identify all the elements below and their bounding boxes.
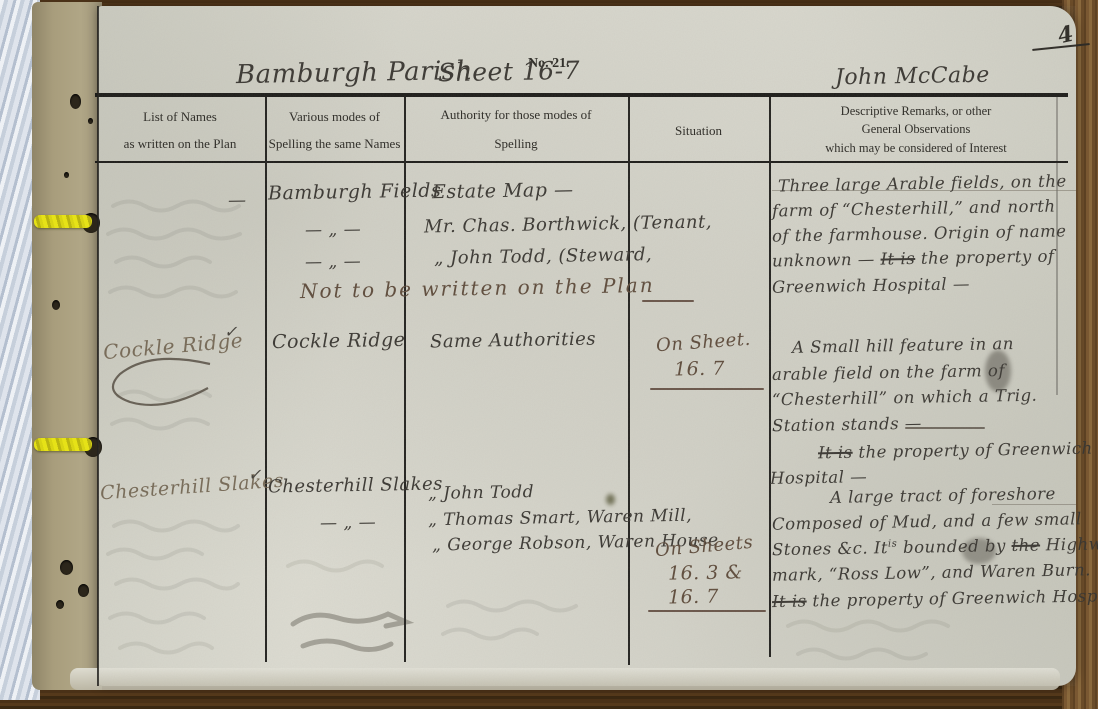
header-names-line1: List of Names	[100, 110, 260, 125]
punch-hole	[64, 172, 69, 178]
row1-remarks-4-struck: It is	[880, 249, 915, 269]
punch-hole	[70, 94, 81, 109]
row3-situation-underline	[648, 610, 766, 612]
punch-hole	[52, 300, 60, 310]
yellow-binding-cord	[34, 438, 92, 451]
row3-remarks-3-superscript: is	[888, 539, 897, 550]
row1-spelling: Bamburgh Fields	[268, 179, 442, 204]
row1-plan-dash: —	[228, 190, 247, 211]
header-situation: Situation	[630, 124, 767, 139]
row2-authority: Same Authorities	[430, 329, 596, 353]
yellow-binding-cord	[34, 215, 92, 228]
column-rule-3	[628, 97, 630, 665]
row3-remarks-3-struck: the	[1011, 536, 1040, 555]
row1-remarks-4b: the property of	[921, 247, 1055, 268]
header-bottom-rule	[95, 161, 1068, 163]
row1-note-dash	[642, 300, 694, 302]
row3-remarks-5-struck: It is	[772, 591, 807, 611]
punch-hole	[78, 584, 89, 597]
punch-hole	[56, 600, 64, 609]
header-remarks-line2: General Observations	[771, 122, 1061, 136]
header-names-line2: as written on the Plan	[100, 137, 260, 152]
header-spelling-line1: Various modes of	[267, 110, 402, 125]
row2-remarks-dash	[905, 427, 985, 429]
row3-remarks-3c: Highwater	[1046, 534, 1098, 555]
row2-remarks-6: Hospital —	[770, 467, 867, 488]
row1-authority-3: „ John Todd, (Steward,	[434, 244, 653, 269]
column-rule-1	[265, 97, 267, 662]
sheet-title: Sheet 16-7	[438, 56, 580, 87]
header-remarks-line1: Descriptive Remarks, or other	[771, 104, 1061, 118]
row3-checkmark: ✓	[248, 465, 262, 484]
row2-spelling: Cockle Ridge	[272, 329, 406, 353]
row2-situation-number: 16. 7	[674, 358, 725, 381]
row2-remarks-4: Station stands —	[772, 414, 922, 436]
row1-ditto-1: — „ —	[305, 220, 361, 241]
row2-remarks-2: arable field on the farm of	[772, 361, 1005, 384]
row2-checkmark: ✓	[224, 322, 238, 341]
punch-hole	[60, 560, 73, 575]
book-binding-edge	[32, 2, 102, 690]
page-bottom-edge	[70, 668, 1060, 690]
table-right-rule	[1056, 95, 1058, 395]
row1-remarks-4a: unknown —	[772, 250, 875, 271]
row2-situation-underline	[650, 388, 764, 390]
row3-authority-1: „ John Todd	[428, 482, 534, 504]
row3-remarks-3b: bounded by	[903, 536, 1006, 557]
scanned-name-book-page: { "page": { "folio_number": "4", "printe…	[0, 0, 1098, 709]
pencil-loop	[98, 352, 228, 412]
row1-authority-1: Estate Map —	[432, 179, 574, 203]
row1-remarks-5: Greenwich Hospital —	[772, 274, 970, 296]
row3-spelling: Chesterhill Slakes	[268, 473, 443, 497]
page-left-rule	[97, 6, 99, 686]
ink-spot	[606, 494, 615, 505]
row3-remarks-trailing-line	[992, 504, 1076, 505]
header-authority-line1: Authority for those modes of	[406, 108, 626, 123]
row3-situation-number-1: 16. 3 &	[668, 561, 743, 584]
surveyor-signature: John McCabe	[835, 63, 990, 91]
row2-remarks-1: A Small hill feature in an	[792, 334, 1014, 357]
header-spelling-line2: Spelling the same Names	[267, 137, 402, 152]
row1-ditto-2: — „ —	[305, 252, 361, 273]
header-remarks-line3: which may be considered of Interest	[771, 141, 1061, 155]
table-top-rule	[95, 93, 1068, 97]
header-authority-line2: Spelling	[406, 137, 626, 152]
column-rule-4	[769, 97, 771, 657]
punch-hole	[88, 118, 93, 124]
row3-remarks-3a: Stones &c. It	[772, 538, 888, 559]
row3-ditto: — „ —	[320, 513, 376, 534]
row3-situation-number-2: 16. 7	[668, 586, 719, 609]
row2-remarks-5-struck: It is	[818, 443, 853, 463]
